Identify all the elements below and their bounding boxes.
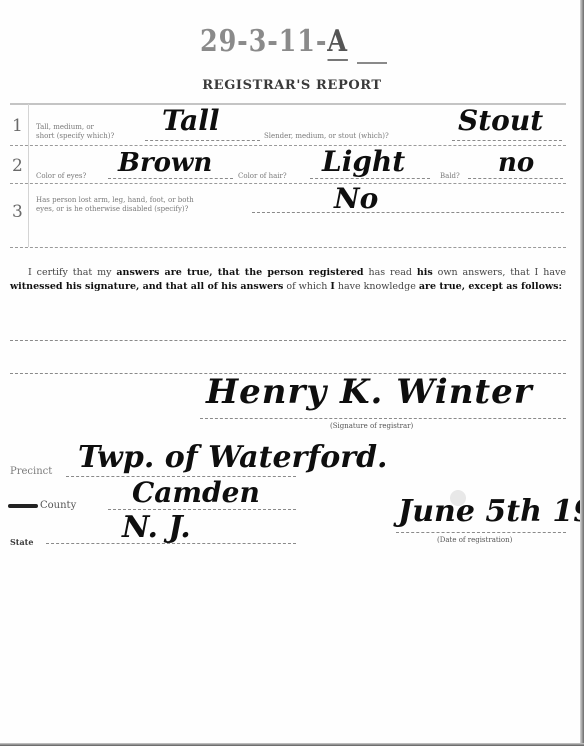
question-number-3: 3 [12, 202, 23, 222]
eye-color-label: Color of eyes? [36, 172, 86, 181]
date-line [396, 532, 566, 533]
disability-label-line-b: eyes, or is he otherwise disabled (speci… [36, 205, 194, 214]
registration-date: June 5th 1917 [398, 494, 584, 529]
divider [10, 247, 566, 248]
cert-text: I certify that my [28, 267, 116, 278]
serial-number: 29-3-11-A [200, 24, 348, 59]
exceptions-line [10, 340, 566, 341]
question-1-label-line-a: Tall, medium, or [36, 123, 114, 132]
answer-line [108, 178, 233, 179]
county-value: Camden [132, 476, 260, 509]
build-answer: Stout [458, 104, 543, 137]
struck-out-word [8, 504, 38, 508]
serial-number-suffix: A [327, 24, 348, 61]
serial-number-main: 29-3-11- [200, 24, 327, 59]
disability-label-line-a: Has person lost arm, leg, hand, foot, or… [36, 196, 194, 205]
county-label: County [8, 500, 76, 511]
cert-text: have knowledge [335, 281, 419, 292]
cert-text-bold: answers are true, that the person regist… [116, 267, 363, 278]
page-title: REGISTRAR'S REPORT [0, 78, 584, 93]
eye-color-answer: Brown [118, 148, 212, 178]
bald-label: Bald? [440, 172, 460, 181]
divider [10, 183, 566, 184]
question-1-label-line-b: short (specify which)? [36, 132, 114, 141]
date-caption: (Date of registration) [437, 536, 512, 544]
ink-smudge [450, 490, 466, 506]
question-number-1: 1 [12, 116, 23, 136]
bald-answer: no [498, 148, 534, 178]
question-number-2: 2 [12, 156, 23, 176]
answer-line [468, 178, 563, 179]
serial-underline [357, 62, 387, 64]
cert-text-bold: witnessed his signature, and that all of… [10, 281, 283, 292]
draft-registration-card: 29-3-11-A REGISTRAR'S REPORT 1 Tall, med… [0, 0, 584, 746]
cert-text: has read [364, 267, 417, 278]
cert-text: own answers, that I have [433, 267, 566, 278]
state-value: N. J. [122, 510, 191, 545]
height-answer: Tall [162, 104, 220, 137]
state-label: State [10, 537, 33, 547]
answer-line [310, 178, 430, 179]
build-label: Slender, medium, or stout (which)? [264, 132, 389, 141]
disability-answer: No [334, 182, 378, 215]
signature-line [200, 418, 566, 419]
precinct-value: Twp. of Waterford. [78, 440, 388, 475]
registrar-signature: Henry K. Winter [206, 372, 533, 412]
disability-label: Has person lost arm, leg, hand, foot, or… [36, 196, 194, 214]
cert-text: of which [283, 281, 330, 292]
answer-line [145, 140, 260, 141]
answer-line [452, 140, 562, 141]
divider [10, 145, 566, 146]
answer-line [252, 212, 564, 213]
question-1-label: Tall, medium, or short (specify which)? [36, 123, 114, 141]
scan-edge-right [580, 0, 584, 746]
cert-text-bold: his [417, 267, 433, 278]
hair-color-label: Color of hair? [238, 172, 287, 181]
precinct-label: Precinct [10, 466, 52, 477]
cert-text-bold: are true, except as follows: [419, 281, 562, 292]
signature-caption: (Signature of registrar) [330, 422, 413, 430]
certification-statement: I certify that my answers are true, that… [10, 266, 566, 294]
row-number-divider [28, 104, 29, 247]
county-label-text: County [40, 500, 76, 511]
hair-color-answer: Light [322, 145, 405, 178]
